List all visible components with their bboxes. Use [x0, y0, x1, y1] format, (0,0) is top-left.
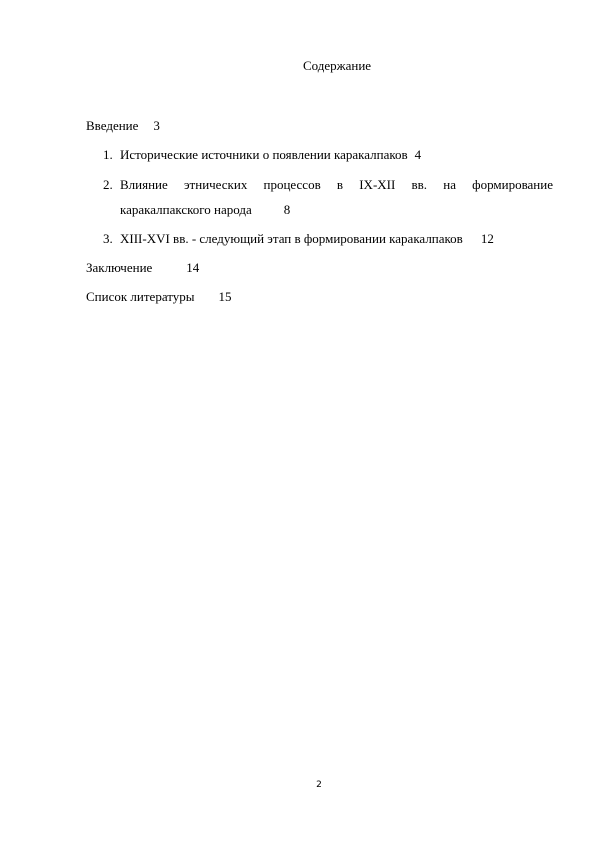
- toc-entry-label: Заключение: [86, 260, 152, 275]
- document-page: Содержание Введение3 1. Исторические ист…: [0, 0, 596, 842]
- toc-entry-page: 3: [153, 117, 160, 135]
- toc-chapter-number: 2.: [103, 176, 113, 194]
- toc-entry-intro[interactable]: Введение3: [86, 117, 160, 135]
- toc-entry-page: 15: [219, 288, 232, 306]
- page-title: Содержание: [0, 57, 596, 75]
- toc-entry-page: 8: [284, 201, 291, 219]
- toc-entry-label: XIII-XVI вв. - следующий этап в формиров…: [120, 231, 463, 246]
- toc-entry-chapter-2-line-2[interactable]: каракалпакского народа8: [120, 201, 290, 219]
- toc-chapter-number: 3.: [103, 230, 113, 248]
- toc-entry-page: 4: [415, 146, 422, 164]
- page-number: 2: [0, 779, 596, 791]
- toc-entry-page: 14: [186, 259, 199, 277]
- toc-entry-bibliography[interactable]: Список литературы15: [86, 288, 232, 306]
- toc-entry-label: Список литературы: [86, 289, 195, 304]
- toc-chapter-number: 1.: [103, 146, 113, 164]
- toc-entry-conclusion[interactable]: Заключение14: [86, 259, 199, 277]
- toc-entry-label: Исторические источники о появлении карак…: [120, 147, 408, 162]
- toc-entry-chapter-1[interactable]: Исторические источники о появлении карак…: [120, 146, 421, 164]
- toc-entry-label: Введение: [86, 118, 138, 133]
- toc-entry-label: каракалпакского народа: [120, 202, 252, 217]
- toc-entry-chapter-2-line-1[interactable]: Влияние этнических процессов в IX-XII вв…: [120, 176, 553, 194]
- toc-entry-chapter-3[interactable]: XIII-XVI вв. - следующий этап в формиров…: [120, 230, 494, 248]
- toc-entry-page: 12: [481, 230, 494, 248]
